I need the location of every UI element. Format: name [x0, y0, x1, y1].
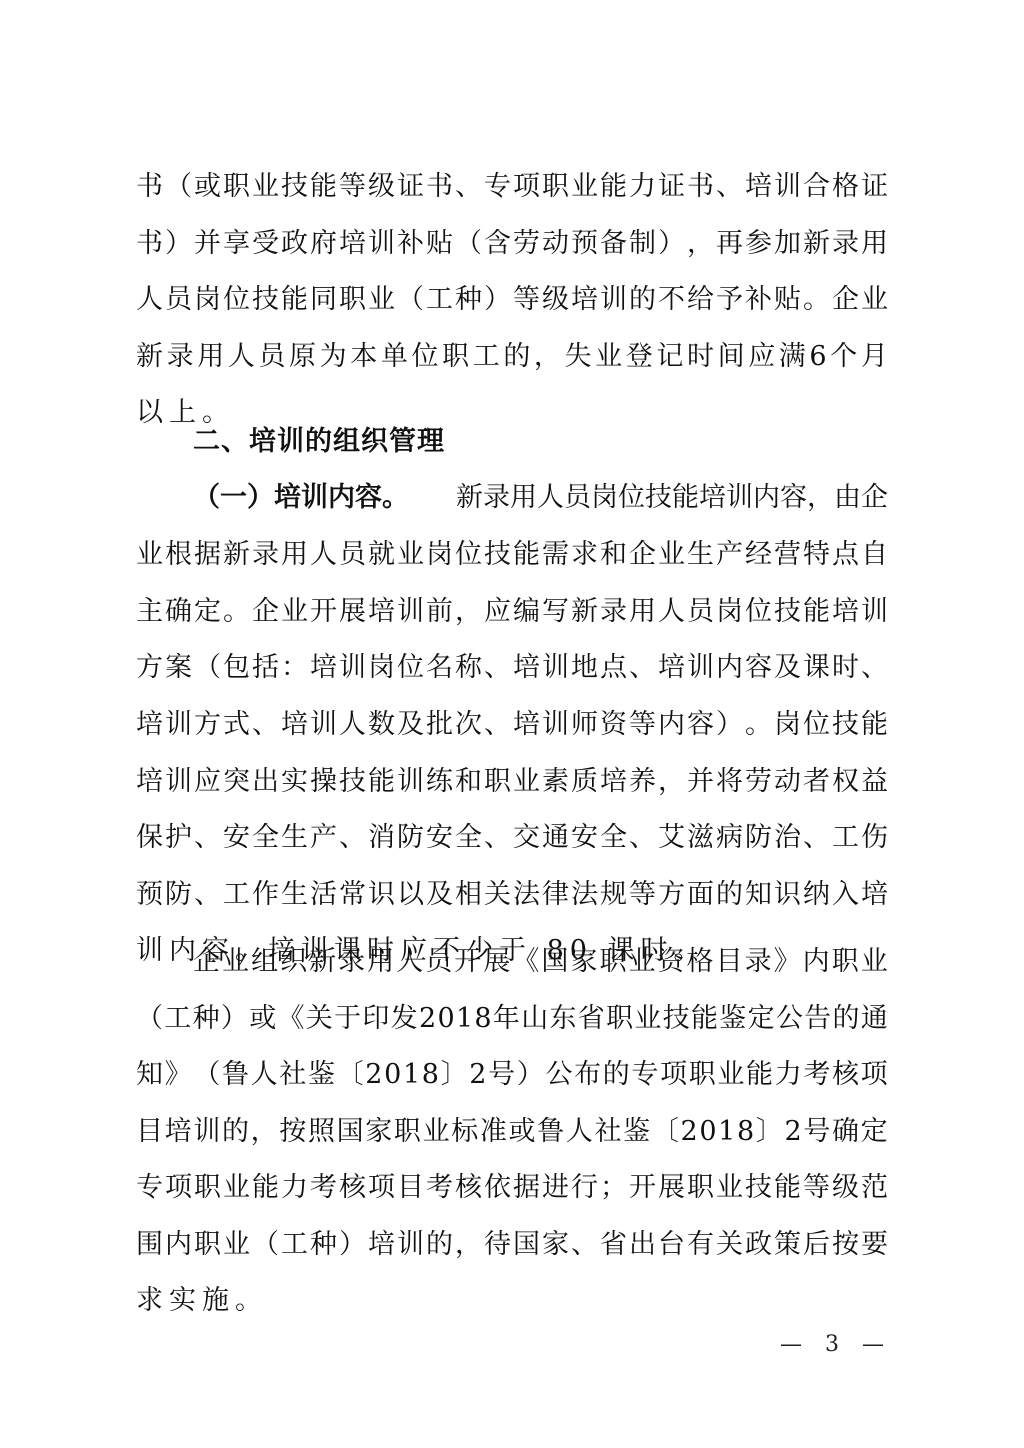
text-line: 书（或职业技能等级证书、专项职业能力证书、培训合格证 [136, 167, 888, 207]
section-heading: 二、培训的组织管理 [193, 422, 445, 462]
text-line: 业根据新录用人员就业岗位技能需求和企业生产经营特点自 [136, 535, 888, 575]
text-line: 知》（鲁人社鉴〔2018〕2号）公布的专项职业能力考核项 [136, 1055, 888, 1095]
text-line: 目培训的，按照国家职业标准或鲁人社鉴〔2018〕2号确定 [136, 1112, 888, 1152]
text-line: 求实施。 [136, 1281, 888, 1321]
subsection-first-line: （一）培训内容。 新录用人员岗位技能培训内容，由企 [193, 478, 888, 518]
text-line: 保护、安全生产、消防安全、交通安全、艾滋病防治、工伤 [136, 818, 888, 858]
text-line: 预防、工作生活常识以及相关法律法规等方面的知识纳入培 [136, 875, 888, 915]
text-line: 专项职业能力考核项目考核依据进行；开展职业技能等级范 [136, 1168, 888, 1208]
text-line: 新录用人员原为本单位职工的，失业登记时间应满6个月 [136, 337, 888, 377]
text-line: 培训方式、培训人数及批次、培训师资等内容）。岗位技能 [136, 705, 888, 745]
subsection-lead: （一）培训内容。 [193, 478, 409, 518]
document-page: 书（或职业技能等级证书、专项职业能力证书、培训合格证 书）并享受政府培训补贴（含… [0, 0, 1024, 1448]
text-line: 书）并享受政府培训补贴（含劳动预备制），再参加新录用 [136, 224, 888, 264]
subsection-first-line-text: 新录用人员岗位技能培训内容，由企 [456, 478, 888, 518]
text-line: （工种）或《关于印发2018年山东省职业技能鉴定公告的通 [136, 999, 888, 1039]
page-number: — 3 — [780, 1330, 892, 1360]
paragraph-first-line: 企业组织新录用人员开展《国家职业资格目录》内职业 [193, 942, 888, 982]
text-line: 方案（包括：培训岗位名称、培训地点、培训内容及课时、 [136, 648, 888, 688]
text-line: 围内职业（工种）培训的，待国家、省出台有关政策后按要 [136, 1225, 888, 1265]
text-line: 人员岗位技能同职业（工种）等级培训的不给予补贴。企业 [136, 280, 888, 320]
text-line: 主确定。企业开展培训前，应编写新录用人员岗位技能培训 [136, 592, 888, 632]
text-line: 培训应突出实操技能训练和职业素质培养，并将劳动者权益 [136, 762, 888, 802]
